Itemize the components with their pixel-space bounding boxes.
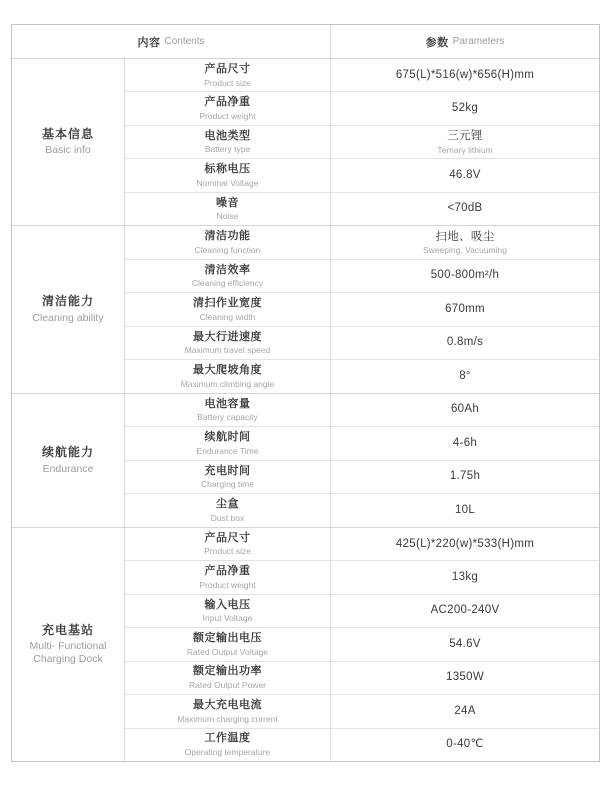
group-label-en: Cleaning ability	[32, 312, 103, 325]
spec-name-cn: 最大行进速度	[193, 331, 262, 345]
spec-name-cell: 输入电压 Input Voltage	[125, 595, 331, 627]
spec-value: 425(L)*220(w)*533(H)mm	[396, 537, 534, 551]
section-rows: 清洁功能 Cleaning function 扫地、吸尘 Sweeping, V…	[125, 226, 599, 392]
spec-name-cn: 电池类型	[205, 130, 251, 144]
spec-name-cn: 产品尺寸	[205, 532, 251, 546]
table-row: 产品尺寸 Product size 425(L)*220(w)*533(H)mm	[125, 528, 599, 561]
spec-value-cell: 三元锂 Ternary lithium	[331, 126, 599, 158]
spec-value: 三元锂	[447, 129, 482, 143]
spec-value-cell: 52kg	[331, 92, 599, 124]
spec-name-cn: 产品净重	[205, 565, 251, 579]
table-row: 噪音 Noise <70dB	[125, 193, 599, 225]
spec-value-cell: 675(L)*516(w)*656(H)mm	[331, 59, 599, 91]
spec-value-cell: <70dB	[331, 193, 599, 225]
table-row: 清扫作业宽度 Cleaning width 670mm	[125, 293, 599, 326]
header-contents-en: Contents	[164, 36, 204, 47]
spec-name-cn: 清洁功能	[205, 230, 251, 244]
table-row: 标称电压 Nominal Voltage 46.8V	[125, 159, 599, 192]
group-cell-cleaning-ability: 清洁能力 Cleaning ability	[12, 226, 125, 392]
spec-value-cell: 54.6V	[331, 628, 599, 660]
spec-value: 1350W	[446, 670, 484, 684]
spec-name-en: Operating temperature	[185, 747, 271, 757]
table-row: 电池类型 Battery type 三元锂 Ternary lithium	[125, 126, 599, 159]
spec-name-cn: 额定输出功率	[193, 665, 262, 679]
header-parameters-cell: 参数 Parameters	[331, 25, 599, 58]
spec-table: 内容 Contents 参数 Parameters 基本信息 Basic inf…	[11, 24, 600, 762]
spec-value: 54.6V	[449, 637, 481, 651]
table-row: 清洁功能 Cleaning function 扫地、吸尘 Sweeping, V…	[125, 226, 599, 259]
table-body: 基本信息 Basic info 产品尺寸 Product size 675(L)…	[12, 59, 599, 761]
spec-value-sub: Sweeping, Vacuuming	[423, 245, 507, 255]
group-cell-charging-dock: 充电基站 Multi- Functional Charging Dock	[12, 528, 125, 761]
section-rows: 产品尺寸 Product size 425(L)*220(w)*533(H)mm…	[125, 528, 599, 761]
section-basic-info: 基本信息 Basic info 产品尺寸 Product size 675(L)…	[12, 59, 599, 226]
spec-name-cell: 最大充电电流 Maximum charging current	[125, 695, 331, 727]
spec-name-en: Endurance Time	[197, 446, 259, 456]
spec-name-en: Rated Output Voltage	[187, 647, 268, 657]
section-rows: 电池容量 Battery capacity 60Ah 续航时间 Enduranc…	[125, 394, 599, 527]
group-label-en: Endurance	[43, 463, 94, 476]
header-parameters-cn: 参数	[426, 34, 449, 50]
spec-name-en: Cleaning efficiency	[192, 278, 263, 288]
spec-value-cell: 0-40℃	[331, 729, 599, 761]
spec-value: 0-40℃	[446, 737, 483, 751]
spec-name-en: Product size	[204, 546, 251, 556]
section-endurance: 续航能力 Endurance 电池容量 Battery capacity 60A…	[12, 394, 599, 528]
spec-name-cell: 清洁功能 Cleaning function	[125, 226, 331, 258]
spec-name-cell: 尘盒 Dust box	[125, 494, 331, 527]
table-row: 电池容量 Battery capacity 60Ah	[125, 394, 599, 428]
spec-name-en: Maximum climbing angle	[181, 379, 275, 389]
table-row: 清洁效率 Cleaning efficiency 500-800m²/h	[125, 260, 599, 293]
spec-name-cn: 额定输出电压	[193, 632, 262, 646]
header-contents-cell: 内容 Contents	[12, 25, 331, 58]
spec-value-cell: 13kg	[331, 561, 599, 593]
spec-value-cell: 1.75h	[331, 461, 599, 494]
spec-name-cell: 清扫作业宽度 Cleaning width	[125, 293, 331, 325]
spec-name-cell: 产品尺寸 Product size	[125, 59, 331, 91]
spec-name-cell: 工作温度 Operating temperature	[125, 729, 331, 761]
spec-name-cell: 产品尺寸 Product size	[125, 528, 331, 560]
table-row: 额定输出功率 Rated Output Power 1350W	[125, 662, 599, 695]
spec-value-cell: 500-800m²/h	[331, 260, 599, 292]
spec-name-cell: 额定输出电压 Rated Output Voltage	[125, 628, 331, 660]
spec-value-cell: 0.8m/s	[331, 327, 599, 359]
spec-value: 52kg	[452, 101, 478, 115]
spec-name-cn: 续航时间	[205, 431, 251, 445]
spec-name-cell: 最大爬坡角度 Maximum climbing angle	[125, 360, 331, 392]
spec-name-en: Product weight	[199, 111, 255, 121]
section-rows: 产品尺寸 Product size 675(L)*516(w)*656(H)mm…	[125, 59, 599, 225]
spec-value: 8°	[459, 369, 471, 383]
spec-name-cell: 充电时间 Charging time	[125, 461, 331, 494]
spec-value-cell: 60Ah	[331, 394, 599, 427]
spec-name-cell: 额定输出功率 Rated Output Power	[125, 662, 331, 694]
spec-name-cell: 产品净重 Product weight	[125, 92, 331, 124]
table-row: 产品净重 Product weight 13kg	[125, 561, 599, 594]
table-header-row: 内容 Contents 参数 Parameters	[12, 25, 599, 59]
spec-name-cell: 续航时间 Endurance Time	[125, 427, 331, 460]
spec-value-cell: 46.8V	[331, 159, 599, 191]
spec-value: 675(L)*516(w)*656(H)mm	[396, 68, 534, 82]
spec-name-cn: 最大爬坡角度	[193, 364, 262, 378]
group-label-cn: 清洁能力	[42, 294, 94, 310]
spec-name-en: Battery type	[205, 144, 250, 154]
group-label-cn: 充电基站	[42, 623, 94, 639]
spec-value: AC200-240V	[431, 603, 500, 617]
spec-value-cell: 8°	[331, 360, 599, 392]
table-row: 最大充电电流 Maximum charging current 24A	[125, 695, 599, 728]
spec-value-cell: 10L	[331, 494, 599, 527]
table-row: 输入电压 Input Voltage AC200-240V	[125, 595, 599, 628]
spec-name-cell: 清洁效率 Cleaning efficiency	[125, 260, 331, 292]
table-row: 最大爬坡角度 Maximum climbing angle 8°	[125, 360, 599, 392]
spec-name-en: Product weight	[199, 580, 255, 590]
spec-value: 10L	[455, 503, 475, 517]
spec-value: 60Ah	[451, 402, 479, 416]
spec-name-cn: 最大充电电流	[193, 699, 262, 713]
spec-name-cn: 产品尺寸	[205, 63, 251, 77]
spec-value-cell: 扫地、吸尘 Sweeping, Vacuuming	[331, 226, 599, 258]
spec-sheet-page: 内容 Contents 参数 Parameters 基本信息 Basic inf…	[0, 0, 614, 796]
spec-value: 1.75h	[450, 469, 480, 483]
table-row: 续航时间 Endurance Time 4-6h	[125, 427, 599, 461]
spec-value-cell: AC200-240V	[331, 595, 599, 627]
spec-name-cn: 噪音	[216, 197, 239, 211]
spec-value: 4-6h	[453, 436, 477, 450]
header-parameters-en: Parameters	[453, 36, 505, 47]
spec-name-cell: 产品净重 Product weight	[125, 561, 331, 593]
spec-value-cell: 670mm	[331, 293, 599, 325]
spec-value: 500-800m²/h	[431, 268, 500, 282]
spec-name-cell: 最大行进速度 Maximum travel speed	[125, 327, 331, 359]
group-cell-basic-info: 基本信息 Basic info	[12, 59, 125, 225]
spec-value-cell: 425(L)*220(w)*533(H)mm	[331, 528, 599, 560]
spec-value: 0.8m/s	[447, 335, 483, 349]
spec-name-cell: 噪音 Noise	[125, 193, 331, 225]
spec-name-cn: 清洁效率	[205, 264, 251, 278]
spec-name-en: Maximum travel speed	[185, 345, 271, 355]
table-row: 充电时间 Charging time 1.75h	[125, 461, 599, 495]
table-row: 工作温度 Operating temperature 0-40℃	[125, 729, 599, 761]
spec-value: 670mm	[445, 302, 485, 316]
spec-value: 46.8V	[449, 168, 481, 182]
spec-value: 24A	[454, 704, 475, 718]
spec-name-cn: 产品净重	[205, 96, 251, 110]
table-row: 最大行进速度 Maximum travel speed 0.8m/s	[125, 327, 599, 360]
spec-name-en: Nominal Voltage	[197, 178, 259, 188]
spec-value-cell: 4-6h	[331, 427, 599, 460]
spec-name-cn: 电池容量	[205, 398, 251, 412]
group-label-cn: 基本信息	[42, 127, 94, 143]
spec-name-cn: 输入电压	[205, 599, 251, 613]
spec-name-en: Charging time	[201, 479, 254, 489]
table-row: 产品尺寸 Product size 675(L)*516(w)*656(H)mm	[125, 59, 599, 92]
group-label-cn: 续航能力	[42, 445, 94, 461]
table-row: 尘盒 Dust box 10L	[125, 494, 599, 527]
spec-name-en: Cleaning width	[200, 312, 256, 322]
spec-name-en: Input Voltage	[203, 613, 253, 623]
section-charging-dock: 充电基站 Multi- Functional Charging Dock 产品尺…	[12, 528, 599, 761]
spec-name-cell: 电池容量 Battery capacity	[125, 394, 331, 427]
spec-name-en: Maximum charging current	[177, 714, 278, 724]
spec-value-sub: Ternary lithium	[437, 145, 492, 155]
spec-name-en: Dust box	[211, 513, 245, 523]
spec-name-cn: 清扫作业宽度	[193, 297, 262, 311]
spec-name-en: Cleaning function	[195, 245, 261, 255]
header-contents-cn: 内容	[137, 34, 160, 50]
spec-name-cn: 充电时间	[205, 465, 251, 479]
group-label-en: Basic info	[45, 144, 91, 157]
spec-name-en: Rated Output Power	[189, 680, 266, 690]
spec-name-en: Product size	[204, 78, 251, 88]
table-row: 额定输出电压 Rated Output Voltage 54.6V	[125, 628, 599, 661]
spec-value-cell: 1350W	[331, 662, 599, 694]
spec-value: 13kg	[452, 570, 478, 584]
spec-name-cn: 工作温度	[205, 732, 251, 746]
spec-name-cn: 尘盒	[216, 498, 239, 512]
group-label-en: Multi- Functional Charging Dock	[18, 640, 118, 666]
group-cell-endurance: 续航能力 Endurance	[12, 394, 125, 527]
spec-value-cell: 24A	[331, 695, 599, 727]
section-cleaning-ability: 清洁能力 Cleaning ability 清洁功能 Cleaning func…	[12, 226, 599, 393]
spec-value: 扫地、吸尘	[436, 230, 495, 244]
spec-value: <70dB	[447, 201, 482, 215]
spec-name-en: Noise	[217, 211, 239, 221]
spec-name-cn: 标称电压	[205, 163, 251, 177]
spec-name-cell: 标称电压 Nominal Voltage	[125, 159, 331, 191]
spec-name-en: Battery capacity	[197, 412, 257, 422]
spec-name-cell: 电池类型 Battery type	[125, 126, 331, 158]
table-row: 产品净重 Product weight 52kg	[125, 92, 599, 125]
